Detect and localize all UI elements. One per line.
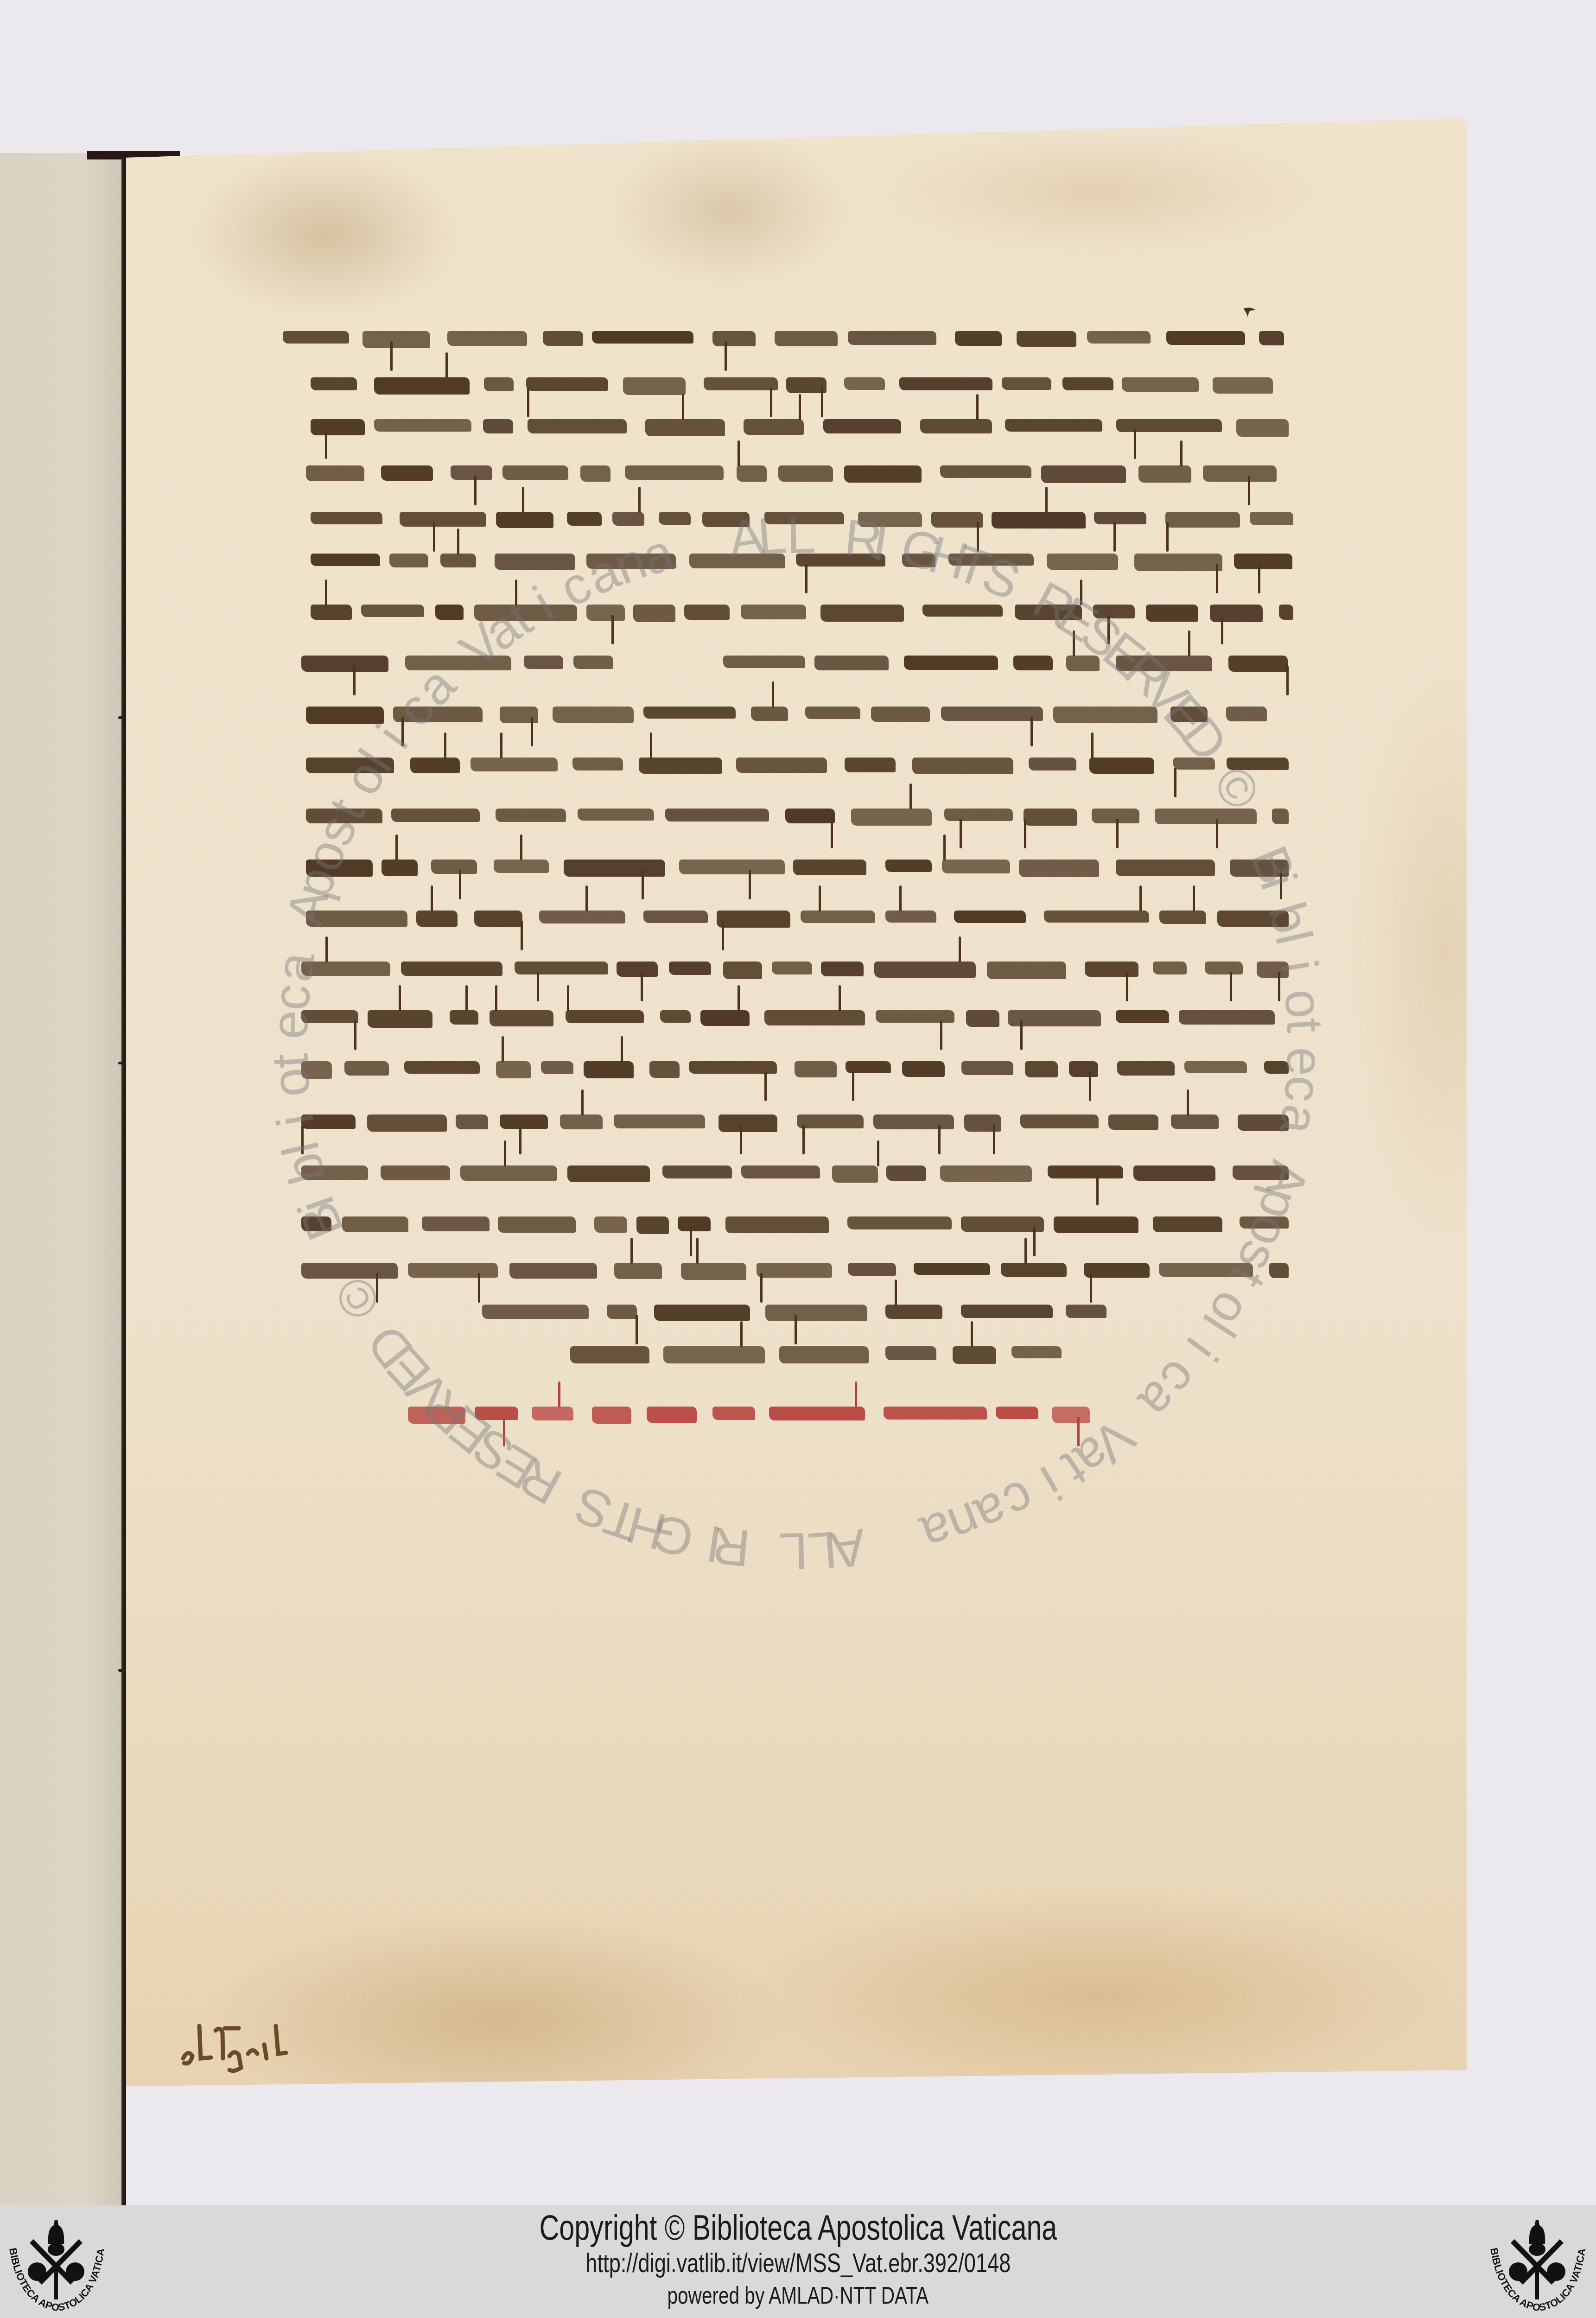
handwritten-word (564, 860, 665, 877)
handwritten-word (362, 331, 430, 348)
handwritten-word (584, 1061, 633, 1078)
handwritten-word (736, 758, 827, 773)
handwritten-word (1133, 1165, 1216, 1181)
letter-ascender (1139, 885, 1142, 911)
handwritten-word (744, 419, 804, 435)
handwritten-word (435, 605, 464, 620)
handwritten-word (1001, 1263, 1066, 1277)
handwritten-word (368, 1010, 432, 1028)
handwritten-word (647, 1407, 697, 1423)
handwritten-word (422, 1216, 490, 1231)
letter-ascender (738, 985, 740, 1011)
handwritten-word (873, 1114, 954, 1129)
watermark-glyph: c (1272, 1074, 1334, 1104)
letter-ascender (399, 985, 401, 1011)
letter-ascender (325, 579, 327, 605)
handwritten-word (311, 512, 382, 524)
handwritten-word (741, 605, 806, 619)
watermark-glyph: L (786, 505, 816, 565)
letter-ascender (1030, 717, 1033, 746)
papal-tiara-keys-icon (1509, 2220, 1565, 2299)
text-line (301, 1210, 1289, 1238)
handwritten-word (400, 512, 486, 527)
handwritten-word (1002, 377, 1052, 390)
handwritten-word (884, 1407, 987, 1420)
letter-ascender (520, 834, 522, 860)
letter-ascender (938, 1125, 941, 1154)
handwritten-word (871, 707, 930, 722)
handwritten-word (381, 465, 433, 481)
handwritten-word (474, 911, 522, 927)
handwritten-word (306, 465, 364, 481)
watermark-glyph: L (778, 1521, 808, 1581)
letter-ascender (567, 985, 569, 1011)
handwritten-word (1226, 707, 1267, 721)
letter-ascender (976, 394, 979, 420)
handwritten-word (592, 331, 694, 344)
handwritten-word (1092, 809, 1139, 823)
letter-ascender (1187, 1089, 1189, 1115)
handwritten-word (885, 860, 932, 872)
handwritten-word (844, 465, 922, 483)
handwritten-word (848, 331, 936, 345)
letter-ascender (445, 352, 448, 378)
handwritten-word (1165, 512, 1240, 528)
handwritten-word (885, 1305, 942, 1319)
handwritten-word (483, 419, 513, 433)
handwritten-word (344, 1061, 389, 1076)
handwritten-word (612, 512, 644, 526)
handwritten-word (712, 1407, 755, 1420)
letter-ascender (495, 985, 497, 1011)
handwritten-word (961, 1305, 1053, 1318)
handwritten-word (528, 419, 627, 433)
letter-ascender (1096, 1176, 1099, 1205)
handwritten-word (821, 962, 864, 976)
handwritten-word (645, 419, 725, 436)
vatican-library-logo-right: BIBLIOTECA APOSTOLICA VATICANA (1481, 2211, 1592, 2316)
letter-ascender (444, 732, 446, 758)
handwritten-word (886, 1165, 926, 1181)
handwritten-word (404, 1061, 480, 1074)
permalink[interactable]: http://digi.vatlib.it/view/MSS_Vat.ebr.3… (585, 2248, 1011, 2279)
powered-by-text: powered by AMLAD·NTT DATA (668, 2282, 929, 2310)
handwritten-word (1234, 554, 1292, 569)
handwritten-word (899, 377, 992, 390)
watermark-glyph: e (260, 1010, 319, 1039)
letter-ascender (831, 819, 833, 848)
handwritten-word (625, 465, 724, 480)
letter-ascender (819, 885, 821, 911)
handwritten-word (874, 962, 976, 978)
watermark-glyph: e (1275, 1047, 1335, 1076)
text-line (283, 325, 1284, 352)
handwritten-word (1011, 1346, 1062, 1358)
handwritten-word (848, 1263, 896, 1276)
handwritten-word (912, 758, 1013, 774)
letter-ascender (1216, 564, 1218, 593)
handwritten-word (649, 1061, 680, 1078)
handwritten-word (765, 1305, 867, 1321)
letter-ascender (877, 1140, 879, 1166)
handwritten-word (1171, 1114, 1219, 1129)
watermark-glyph: t (260, 1052, 320, 1070)
letter-ascender (537, 972, 539, 1001)
letter-ascender (1024, 819, 1026, 848)
handwritten-word (1179, 1010, 1275, 1025)
handwritten-word (1116, 1010, 1169, 1023)
handwritten-word (1041, 465, 1126, 483)
handwritten-word (797, 1114, 863, 1128)
handwritten-word (451, 465, 492, 480)
handwritten-word (515, 962, 608, 974)
handwritten-word (779, 1346, 869, 1363)
handwritten-word (723, 962, 763, 979)
handwritten-word (456, 1114, 488, 1129)
handwritten-word (401, 962, 502, 976)
letter-ascender (465, 985, 468, 1011)
handwritten-word (592, 1407, 631, 1424)
letter-ascender (325, 429, 327, 459)
letter-ascender (740, 1321, 743, 1347)
letter-ascender (799, 394, 801, 420)
handwritten-word (502, 465, 568, 480)
handwritten-word (1020, 1114, 1099, 1128)
letter-ascender (1126, 972, 1128, 1001)
text-line (306, 459, 1284, 487)
letter-ascender (1116, 819, 1119, 848)
text-line (311, 371, 1293, 399)
handwritten-word (573, 656, 613, 669)
letter-ascender (940, 1020, 942, 1050)
handwritten-word (679, 860, 785, 874)
text-line (301, 1159, 1289, 1187)
handwritten-word (1052, 1407, 1090, 1423)
handwritten-word (944, 809, 1013, 821)
handwritten-word (440, 554, 476, 567)
letter-ascender (474, 476, 477, 505)
handwritten-word (795, 1061, 837, 1077)
handwritten-word (961, 1061, 1013, 1075)
handwritten-word (663, 1346, 765, 1363)
handwritten-word (643, 707, 736, 719)
handwritten-word (408, 1263, 498, 1278)
letter-ascender (1091, 732, 1094, 758)
letter-ascender (630, 1238, 633, 1264)
manuscript-text (0, 0, 1596, 2205)
letter-ascender (993, 1125, 995, 1154)
handwritten-word (494, 860, 549, 873)
text-line (301, 955, 1289, 983)
handwritten-word (844, 377, 885, 390)
handwritten-word (1089, 758, 1154, 774)
letter-ascender (353, 666, 356, 695)
letter-ascender (802, 1125, 805, 1154)
letter-ascender (1248, 476, 1250, 505)
handwritten-word (914, 1263, 990, 1275)
text-line (301, 1055, 1289, 1083)
handwritten-word (845, 758, 896, 772)
handwritten-word (311, 605, 352, 620)
handwritten-word (1122, 377, 1199, 392)
letter-ascender (764, 1071, 767, 1101)
handwritten-word (902, 1061, 945, 1077)
letter-ascender (519, 1125, 521, 1154)
handwritten-word (541, 1061, 573, 1074)
handwritten-word (669, 962, 711, 975)
letter-ascender (642, 870, 644, 899)
text-line (311, 413, 1289, 440)
handwritten-word (580, 465, 610, 482)
watermark-glyph (763, 1520, 780, 1580)
handwritten-word (996, 1407, 1039, 1419)
handwritten-word (1029, 758, 1076, 771)
letter-ascender (852, 1071, 854, 1101)
handwritten-word (775, 331, 838, 346)
watermark-glyph: c (261, 982, 322, 1012)
letter-ascender (395, 834, 398, 860)
handwritten-word (500, 1114, 548, 1129)
handwritten-word (904, 656, 998, 670)
catchword (178, 2017, 290, 2077)
handwritten-word (311, 377, 357, 390)
handwritten-word (823, 419, 901, 433)
handwritten-word (885, 911, 936, 923)
handwritten-word (700, 1010, 750, 1026)
letter-ascender (431, 885, 433, 911)
vatican-library-logo-left: BIBLIOTECA APOSTOLICA VATICANA (0, 2211, 111, 2316)
handwritten-word (1069, 1061, 1098, 1077)
handwritten-word (737, 465, 767, 482)
handwritten-word (614, 1114, 705, 1128)
handwritten-word (1005, 419, 1102, 432)
handwritten-word (940, 1165, 1032, 1182)
letter-ascender (738, 440, 740, 466)
handwritten-word (719, 1114, 778, 1132)
handwritten-word (532, 1407, 574, 1420)
handwritten-word (471, 758, 558, 771)
handwritten-word (964, 1114, 1001, 1132)
footer-url[interactable]: http://digi.vatlib.it/view/MSS_Vat.ebr.3… (0, 2248, 1596, 2279)
text-line (570, 1340, 1062, 1368)
handwritten-word (689, 1061, 777, 1074)
letter-ascender (855, 1382, 857, 1407)
handwritten-word (539, 911, 625, 923)
letter-ascender (1020, 1020, 1023, 1050)
handwritten-word (966, 1010, 999, 1027)
handwritten-word (757, 1263, 832, 1278)
handwritten-word (311, 419, 365, 435)
handwritten-word (633, 605, 675, 622)
handwritten-word (876, 1010, 954, 1023)
rubric-line (408, 1400, 1113, 1428)
watermark-glyph: t (1275, 1017, 1335, 1034)
watermark-glyph: L (756, 505, 789, 567)
handwritten-word (751, 707, 788, 721)
text-line (301, 1004, 1289, 1032)
handwritten-word (361, 605, 424, 617)
handwritten-word (704, 377, 778, 390)
letter-ascender (682, 394, 684, 420)
handwritten-word (490, 1010, 553, 1026)
letter-ascender (581, 1089, 584, 1115)
handwritten-word (381, 1165, 450, 1180)
text-line (306, 853, 1289, 881)
handwritten-word (643, 911, 708, 923)
handwritten-word (1134, 554, 1222, 571)
handwritten-word (416, 911, 458, 927)
handwritten-word (778, 465, 833, 482)
letter-ascender (1045, 487, 1048, 513)
handwritten-word (1228, 656, 1287, 672)
letter-ascender (690, 1227, 692, 1256)
handwritten-word (786, 377, 826, 393)
letter-ascender (696, 1238, 699, 1264)
handwritten-word (301, 656, 388, 672)
copyright-text: Copyright © Biblioteca Apostolica Vatica… (539, 2208, 1057, 2248)
handwritten-word (764, 1010, 865, 1025)
handwritten-word (311, 554, 380, 566)
handwritten-word (1117, 1061, 1174, 1076)
handwritten-word (572, 758, 623, 771)
handwritten-word (283, 331, 349, 344)
handwritten-word (1259, 331, 1284, 345)
letter-ascender (522, 487, 524, 513)
handwritten-word (1087, 331, 1151, 344)
handwritten-word (594, 1216, 627, 1233)
handwritten-word (1013, 656, 1053, 670)
letter-ascender (839, 985, 841, 1011)
letter-ascender (909, 783, 912, 809)
letter-ascender (1089, 1071, 1091, 1101)
handwritten-word (1153, 962, 1187, 974)
handwritten-word (1108, 1114, 1158, 1130)
text-line (482, 1298, 1122, 1326)
handwritten-word (712, 331, 755, 346)
text-line (301, 1256, 1289, 1284)
handwritten-word (560, 1114, 603, 1129)
handwritten-word (567, 512, 602, 526)
letter-ascender (971, 1321, 973, 1347)
footer-powered-by: powered by AMLAD·NTT DATA (0, 2282, 1596, 2310)
handwritten-word (662, 1165, 732, 1178)
handwritten-word (496, 809, 566, 822)
handwritten-word (684, 605, 730, 620)
handwritten-word (741, 1165, 820, 1178)
letter-ascender (1258, 564, 1260, 593)
letter-ascender (749, 870, 751, 899)
handwritten-word (1213, 377, 1273, 394)
letter-ascender (650, 732, 652, 758)
handwritten-word (460, 1165, 557, 1181)
handwritten-word (553, 707, 634, 723)
handwritten-word (447, 331, 527, 346)
handwritten-word (885, 1346, 936, 1360)
handwritten-word (820, 605, 904, 622)
handwritten-word (509, 1263, 597, 1279)
handwritten-word (367, 1114, 447, 1132)
handwritten-word (1153, 1216, 1223, 1232)
handwritten-word (636, 1216, 669, 1234)
letter-ascender (1134, 429, 1136, 459)
letter-ascender (611, 615, 614, 644)
handwritten-word (543, 331, 583, 346)
handwritten-word (524, 656, 563, 669)
letter-ascender (959, 936, 961, 962)
handwritten-word (391, 809, 479, 822)
letter-ascender (531, 717, 533, 746)
letter-ascender (740, 1125, 742, 1154)
handwritten-word (992, 512, 1086, 529)
letter-ascender (1180, 440, 1183, 466)
text-line (306, 751, 1289, 779)
handwritten-word (623, 377, 686, 395)
letter-ascender (722, 921, 724, 950)
text-line (306, 904, 1289, 932)
handwritten-word (482, 1305, 589, 1319)
letter-ascender (1221, 615, 1223, 644)
letter-ascender (504, 1140, 506, 1166)
handwritten-word (793, 860, 866, 875)
handwritten-word (374, 419, 471, 432)
handwritten-word (920, 419, 992, 433)
handwritten-word (832, 1165, 878, 1183)
handwritten-word (496, 512, 553, 528)
handwritten-word (431, 860, 477, 874)
handwritten-word (1250, 512, 1293, 525)
letter-ascender (621, 1036, 623, 1062)
handwritten-word (1044, 911, 1149, 923)
watermark-glyph (814, 506, 831, 566)
handwritten-word (678, 1216, 711, 1231)
text-line (311, 598, 1293, 626)
handwritten-word (987, 962, 1066, 979)
handwritten-word (1062, 377, 1113, 390)
handwritten-word (1019, 860, 1100, 877)
handwritten-word (681, 1263, 746, 1280)
handwritten-word (805, 707, 861, 719)
handwritten-word (1236, 419, 1289, 437)
text-line (301, 1108, 1289, 1136)
text-line (306, 802, 1289, 830)
handwritten-word (1094, 512, 1146, 524)
handwritten-word (1210, 605, 1262, 622)
handwritten-word (496, 1061, 530, 1078)
letter-ascender (1216, 819, 1218, 848)
handwritten-word (723, 656, 805, 668)
handwritten-word (942, 860, 1010, 873)
handwritten-word (578, 809, 654, 821)
handwritten-word (1116, 860, 1215, 876)
handwritten-word (851, 809, 932, 826)
letter-ascender (943, 834, 946, 860)
handwritten-word (955, 331, 1002, 346)
handwritten-word (570, 1346, 649, 1363)
handwritten-word (607, 1305, 637, 1319)
handwritten-word (953, 1346, 996, 1364)
handwritten-word (567, 1165, 650, 1182)
letter-ascender (1193, 885, 1195, 911)
handwritten-word (1205, 962, 1243, 974)
handwritten-word (389, 554, 428, 567)
letter-ascender (895, 1280, 897, 1305)
handwritten-word (498, 1216, 576, 1233)
handwritten-word (814, 656, 889, 670)
letter-ascender (1174, 768, 1176, 797)
handwritten-word (410, 758, 460, 773)
handwritten-word (660, 1010, 691, 1023)
handwritten-word (1024, 809, 1077, 826)
